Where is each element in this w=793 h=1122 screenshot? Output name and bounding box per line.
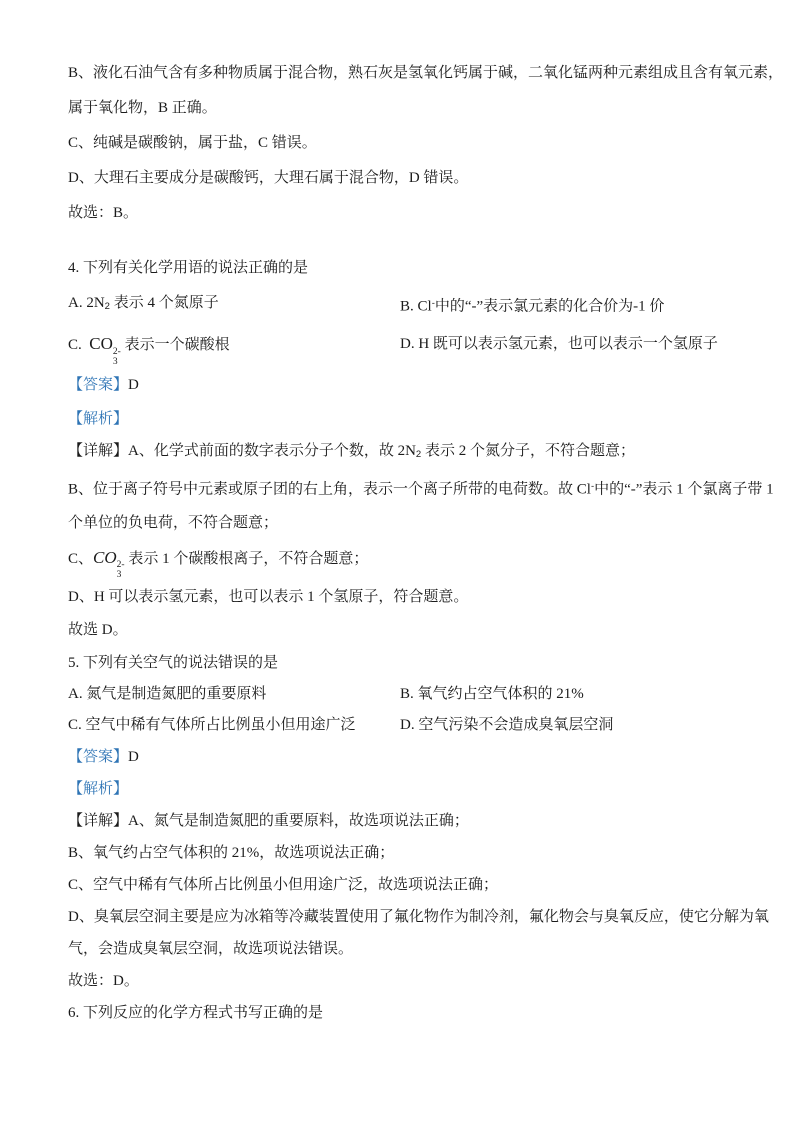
detail-line-b: B、氧气约占空气体积的 21%，故选项说法正确； — [68, 837, 725, 869]
detail-line-c: C、CO2-3 表示 1 个碳酸根离子，不符合题意； — [68, 540, 725, 581]
analysis-label: 【解析】 — [68, 781, 128, 797]
question4-option-c: C. CO2-3 表示一个碳酸根 — [68, 324, 400, 367]
question5-options-row-1: A. 氮气是制造氮肥的重要原料 B. 氧气约占空气体积的 21% — [68, 679, 725, 710]
question-6: 6. 下列反应的化学方程式书写正确的是 — [68, 997, 725, 1029]
question5-options-row-2: C. 空气中稀有气体所占比例虽小但用途广泛 D. 空气污染不会造成臭氧层空洞 — [68, 710, 725, 741]
question4-analysis-label: 【解析】 — [68, 403, 725, 435]
detail-line-a: 【详解】A、化学式前面的数字表示分子个数，故 2N2 表示 2 个氮分子，不符合… — [68, 435, 725, 471]
formula-superscript: 2- — [117, 561, 125, 571]
answer-value: D — [128, 749, 139, 765]
detail-conclusion: 故选 D。 — [68, 614, 725, 647]
formula-base: CO — [89, 334, 113, 353]
question-4: 4. 下列有关化学用语的说法正确的是 A. 2N2 表示 4 个氮原子 B. C… — [68, 251, 725, 647]
option-b-text: B. Cl — [400, 298, 432, 314]
option-a-text: A. 2N — [68, 295, 105, 311]
option-a-text: 表示 4 个氮原子 — [110, 295, 219, 311]
question5-analysis-label: 【解析】 — [68, 773, 725, 805]
question4-detail: 【详解】A、化学式前面的数字表示分子个数，故 2N2 表示 2 个氮分子，不符合… — [68, 435, 725, 647]
detail-line-c: C、空气中稀有气体所占比例虽小但用途广泛，故选项说法正确； — [68, 869, 725, 901]
detail-c-text: 表示 1 个碳酸根离子，不符合题意； — [125, 551, 369, 567]
question5-title: 5. 下列有关空气的说法错误的是 — [68, 647, 725, 679]
question4-options-row-1: A. 2N2 表示 4 个氮原子 B. Cl-中的“-”表示氯元素的化合价为-1… — [68, 286, 725, 324]
detail-line-d: D、H 可以表示氢元素，也可以表示 1 个氢原子，符合题意。 — [68, 581, 725, 614]
exam-document-page: B、液化石油气含有多种物质属于混合物，熟石灰是氢氧化钙属于碱，二氧化锰两种元素组… — [0, 0, 793, 1122]
question4-options-row-2: C. CO2-3 表示一个碳酸根 D. H 既可以表示氢元素，也可以表示一个氢原… — [68, 324, 725, 367]
question5-option-a: A. 氮气是制造氮肥的重要原料 — [68, 679, 400, 710]
option-c-text: 表示一个碳酸根 — [121, 337, 230, 353]
formula-scripts: 2-3 — [113, 348, 121, 368]
detail-b-text: 中的“-”表示 1 个氯离子带 1 — [594, 482, 774, 498]
question-5: 5. 下列有关空气的说法错误的是 A. 氮气是制造氮肥的重要原料 B. 氧气约占… — [68, 647, 725, 997]
question5-option-b: B. 氧气约占空气体积的 21% — [400, 679, 725, 710]
formula-subscript: 3 — [117, 571, 122, 581]
question5-answer-line: 【答案】D — [68, 741, 725, 773]
formula-scripts: 2-3 — [117, 561, 125, 581]
question3-explanation: B、液化石油气含有多种物质属于混合物，熟石灰是氢氧化钙属于碱，二氧化锰两种元素组… — [68, 56, 725, 231]
detail-line-d1: D、臭氧层空洞主要是应为冰箱等冷藏装置使用了氟化物作为制冷剂，氟化物会与臭氧反应… — [68, 901, 725, 933]
carbonate-formula-italic: CO2-3 — [93, 548, 125, 567]
detail-line-d2: 气，会造成臭氧层空洞，故选项说法错误。 — [68, 933, 725, 965]
detail-c-text: C、 — [68, 551, 93, 567]
detail-line-b2: 个单位的负电荷，不符合题意； — [68, 507, 725, 540]
answer-label: 【答案】 — [68, 749, 128, 765]
detail-line-b1: B、位于离子符号中元素或原子团的右上角，表示一个离子所带的电荷数。故 Cl-中的… — [68, 470, 725, 506]
question6-title: 6. 下列反应的化学方程式书写正确的是 — [68, 997, 725, 1029]
formula-subscript: 3 — [113, 358, 118, 368]
answer-label: 【答案】 — [68, 377, 128, 393]
option-c-label: C. — [68, 337, 82, 353]
question4-title: 4. 下列有关化学用语的说法正确的是 — [68, 251, 725, 286]
detail-line-a: 【详解】A、氮气是制造氮肥的重要原料，故选项说法正确； — [68, 805, 725, 837]
question4-option-a: A. 2N2 表示 4 个氮原子 — [68, 286, 400, 324]
explanation-conclusion: 故选：B。 — [68, 196, 725, 231]
formula-superscript: 2- — [113, 348, 121, 358]
question5-option-c: C. 空气中稀有气体所占比例虽小但用途广泛 — [68, 710, 400, 741]
answer-value: D — [128, 377, 139, 393]
question4-option-b: B. Cl-中的“-”表示氯元素的化合价为-1 价 — [400, 286, 725, 324]
detail-a-text: 【详解】A、化学式前面的数字表示分子个数，故 2N — [68, 443, 416, 459]
explanation-line-d: D、大理石主要成分是碳酸钙，大理石属于混合物，D 错误。 — [68, 161, 725, 196]
detail-b-text: B、位于离子符号中元素或原子团的右上角，表示一个离子所带的电荷数。故 Cl — [68, 482, 591, 498]
carbonate-formula: CO2-3 — [89, 334, 121, 353]
question5-detail: 【详解】A、氮气是制造氮肥的重要原料，故选项说法正确； B、氧气约占空气体积的 … — [68, 805, 725, 997]
explanation-line-c: C、纯碱是碳酸钠，属于盐，C 错误。 — [68, 126, 725, 161]
question4-option-d: D. H 既可以表示氢元素，也可以表示一个氢原子 — [400, 324, 725, 367]
analysis-label: 【解析】 — [68, 411, 128, 427]
detail-a-text: 表示 2 个氮分子，不符合题意； — [421, 443, 635, 459]
question5-option-d: D. 空气污染不会造成臭氧层空洞 — [400, 710, 725, 741]
formula-base: CO — [93, 548, 117, 567]
explanation-line-b-1: B、液化石油气含有多种物质属于混合物，熟石灰是氢氧化钙属于碱，二氧化锰两种元素组… — [68, 56, 725, 91]
option-b-text: 中的“-”表示氯元素的化合价为-1 价 — [435, 298, 665, 314]
detail-conclusion: 故选：D。 — [68, 965, 725, 997]
explanation-line-b-2: 属于氧化物，B 正确。 — [68, 91, 725, 126]
question4-answer-line: 【答案】D — [68, 368, 725, 403]
